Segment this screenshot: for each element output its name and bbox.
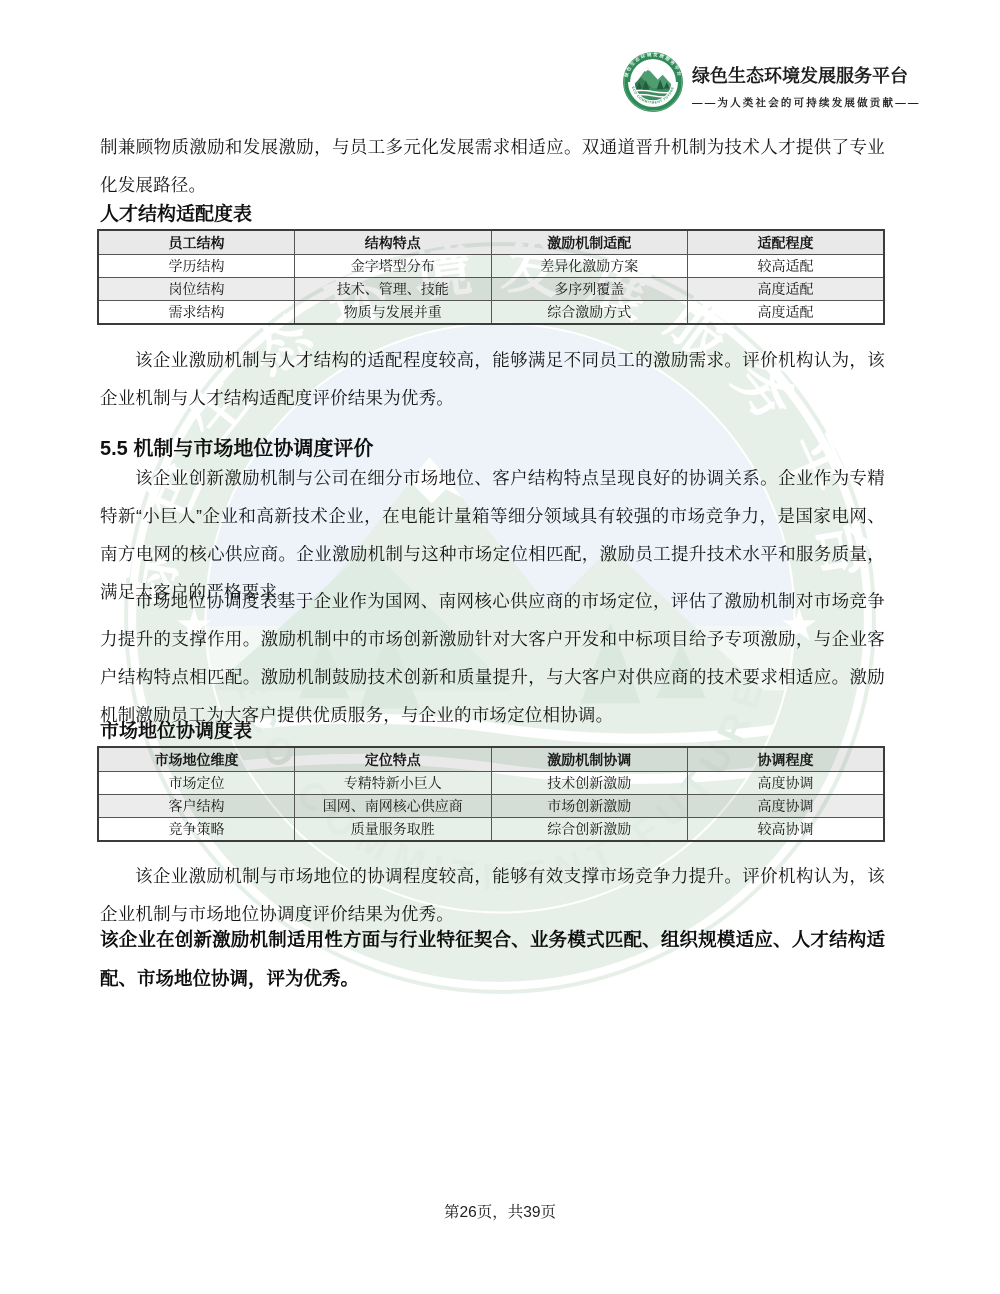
table-cell: 竞争策略	[98, 818, 295, 842]
table1-title: 人才结构适配度表	[100, 199, 885, 226]
table-cell: 需求结构	[98, 301, 295, 325]
table-cell: 国网、南网核心供应商	[295, 795, 492, 818]
header-cell: 市场地位维度	[98, 747, 295, 772]
table-cell: 技术创新激励	[491, 772, 688, 795]
table-cell: 岗位结构	[98, 278, 295, 301]
header-cell: 激励机制适配	[491, 230, 688, 255]
market-position-paragraph-2: 市场地位协调度表基于企业作为国网、南网核心供应商的市场定位，评估了激励机制对市场…	[100, 582, 885, 734]
talent-structure-table: 员工结构 结构特点 激励机制适配 适配程度 学历结构 金字塔型分布 差异化激励方…	[97, 229, 885, 325]
table-row: 客户结构 国网、南网核心供应商 市场创新激励 高度协调	[98, 795, 884, 818]
table-header-row: 市场地位维度 定位特点 激励机制协调 协调程度	[98, 747, 884, 772]
header-cell: 协调程度	[688, 747, 885, 772]
table-cell: 高度协调	[688, 795, 885, 818]
table-cell: 综合激励方式	[491, 301, 688, 325]
table2-title: 市场地位协调度表	[100, 716, 885, 743]
table-cell: 技术、管理、技能	[295, 278, 492, 301]
table-cell: 专精特新小巨人	[295, 772, 492, 795]
table-cell: 高度适配	[688, 278, 885, 301]
section-5-5-heading: 5.5 机制与市场地位协调度评价	[100, 432, 885, 461]
table-cell: 较高协调	[688, 818, 885, 842]
table-cell: 差异化激励方案	[491, 255, 688, 278]
table-cell: 质量服务取胜	[295, 818, 492, 842]
page-indicator: 第26页，共39页	[444, 1204, 556, 1221]
table-cell: 市场创新激励	[491, 795, 688, 818]
table-row: 学历结构 金字塔型分布 差异化激励方案 较高适配	[98, 255, 884, 278]
table-cell: 高度适配	[688, 301, 885, 325]
table-header-row: 员工结构 结构特点 激励机制适配 适配程度	[98, 230, 884, 255]
table-cell: 综合创新激励	[491, 818, 688, 842]
table-cell: 学历结构	[98, 255, 295, 278]
table-cell: 物质与发展并重	[295, 301, 492, 325]
table-row: 需求结构 物质与发展并重 综合激励方式 高度适配	[98, 301, 884, 325]
brand-block: 绿色生态环境发展服务平台 ——为人类社会的可持续发展做贡献——	[692, 62, 912, 110]
table-row: 市场定位 专精特新小巨人 技术创新激励 高度协调	[98, 772, 884, 795]
table-cell: 金字塔型分布	[295, 255, 492, 278]
document-page: 绿色生态环境发展服务平台 ECO COMMITMENT FUTURE ★ ★	[0, 0, 1000, 1294]
table-row: 竞争策略 质量服务取胜 综合创新激励 较高协调	[98, 818, 884, 842]
header-cell: 适配程度	[688, 230, 885, 255]
page-footer: 第26页，共39页	[0, 1200, 1000, 1222]
header-logo-seal-icon: 绿色生态环境发展服务平台 ECO COMMITMENT FUTURE	[623, 52, 683, 112]
intro-paragraph: 制兼顾物质激励和发展激励，与员工多元化发展需求相适应。双通道晋升机制为技术人才提…	[100, 128, 885, 204]
header-cell: 定位特点	[295, 747, 492, 772]
header-cell: 员工结构	[98, 230, 295, 255]
conclusion-paragraph: 该企业在创新激励机制适用性方面与行业特征契合、业务模式匹配、组织规模适应、人才结…	[100, 920, 885, 998]
brand-title: 绿色生态环境发展服务平台	[692, 62, 912, 88]
header-cell: 结构特点	[295, 230, 492, 255]
table-cell: 多序列覆盖	[491, 278, 688, 301]
table-cell: 高度协调	[688, 772, 885, 795]
brand-tagline: ——为人类社会的可持续发展做贡献——	[692, 95, 912, 110]
table-row: 岗位结构 技术、管理、技能 多序列覆盖 高度适配	[98, 278, 884, 301]
talent-fit-summary-paragraph: 该企业激励机制与人才结构的适配程度较高，能够满足不同员工的激励需求。评价机构认为…	[100, 341, 885, 417]
header-cell: 激励机制协调	[491, 747, 688, 772]
table-cell: 较高适配	[688, 255, 885, 278]
market-position-table: 市场地位维度 定位特点 激励机制协调 协调程度 市场定位 专精特新小巨人 技术创…	[97, 746, 885, 842]
table-cell: 客户结构	[98, 795, 295, 818]
table-cell: 市场定位	[98, 772, 295, 795]
